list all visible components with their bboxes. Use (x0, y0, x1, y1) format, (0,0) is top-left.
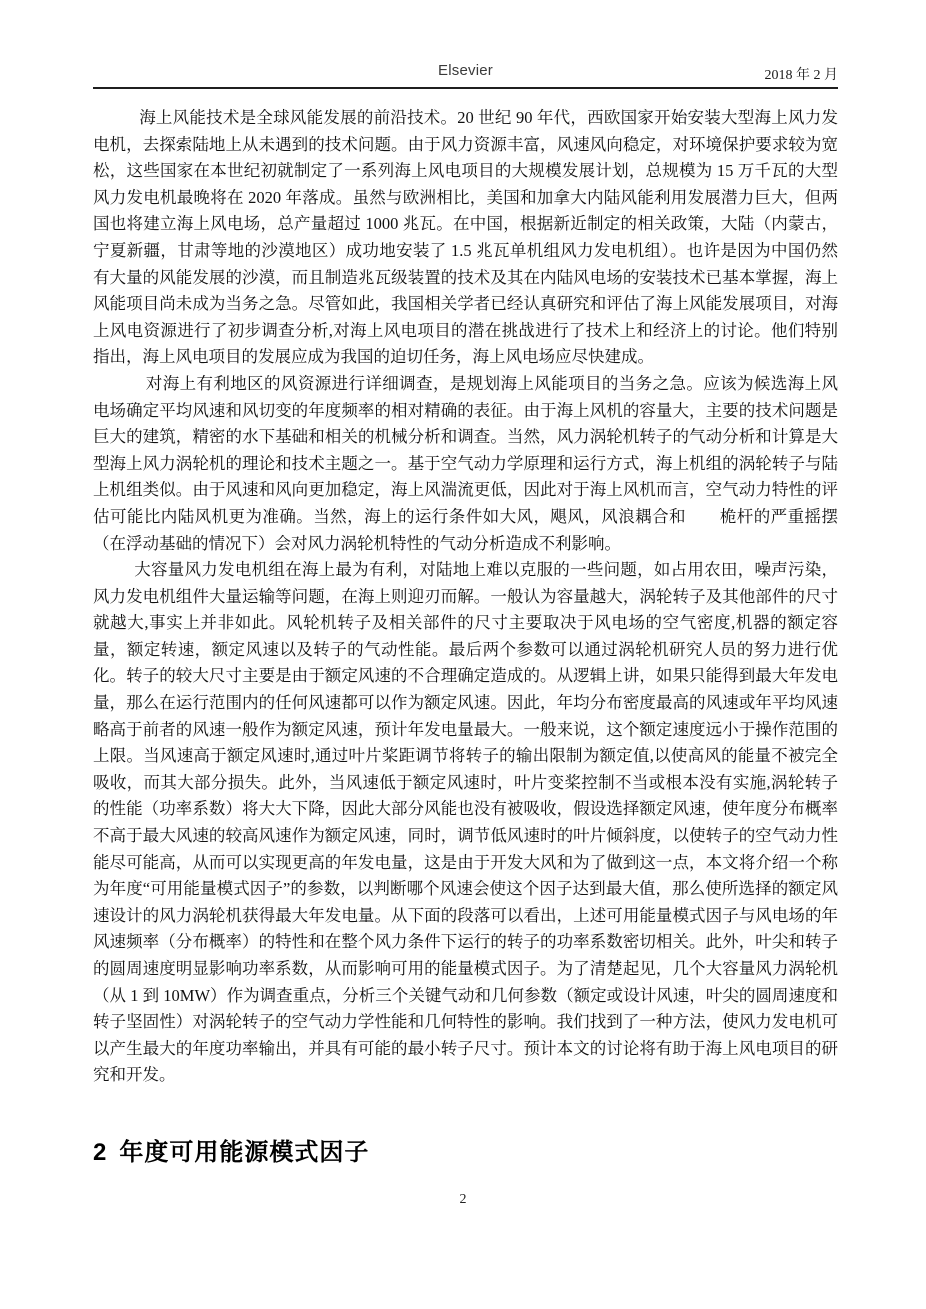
page-number: 2 (460, 1192, 467, 1207)
page-footer: 2 (0, 1192, 926, 1208)
section-title: 年度可用能源模式因子 (119, 1139, 369, 1166)
body-paragraph-1: 海上风能技术是全球风能发展的前沿技术。20 世纪 90 年代，西欧国家开始安装大… (93, 105, 838, 371)
document-body: 海上风能技术是全球风能发展的前沿技术。20 世纪 90 年代，西欧国家开始安装大… (93, 105, 838, 1089)
journal-name: Elsevier (93, 62, 838, 79)
document-page: Elsevier 2018 年 2 月 海上风能技术是全球风能发展的前沿技术。2… (0, 0, 926, 1309)
page-header: Elsevier 2018 年 2 月 (93, 62, 838, 88)
section-heading: 2年度可用能源模式因子 (93, 1132, 838, 1167)
body-paragraph-2: 对海上有利地区的风资源进行详细调查，是规划海上风能项目的当务之急。应该为候选海上… (93, 371, 838, 557)
header-rule (93, 87, 838, 89)
header-date: 2018 年 2 月 (765, 64, 839, 84)
body-paragraph-3: 大容量风力发电机组在海上最为有利，对陆地上难以克服的一些问题，如占用农田，噪声污… (93, 557, 838, 1089)
section-number: 2 (93, 1139, 107, 1166)
